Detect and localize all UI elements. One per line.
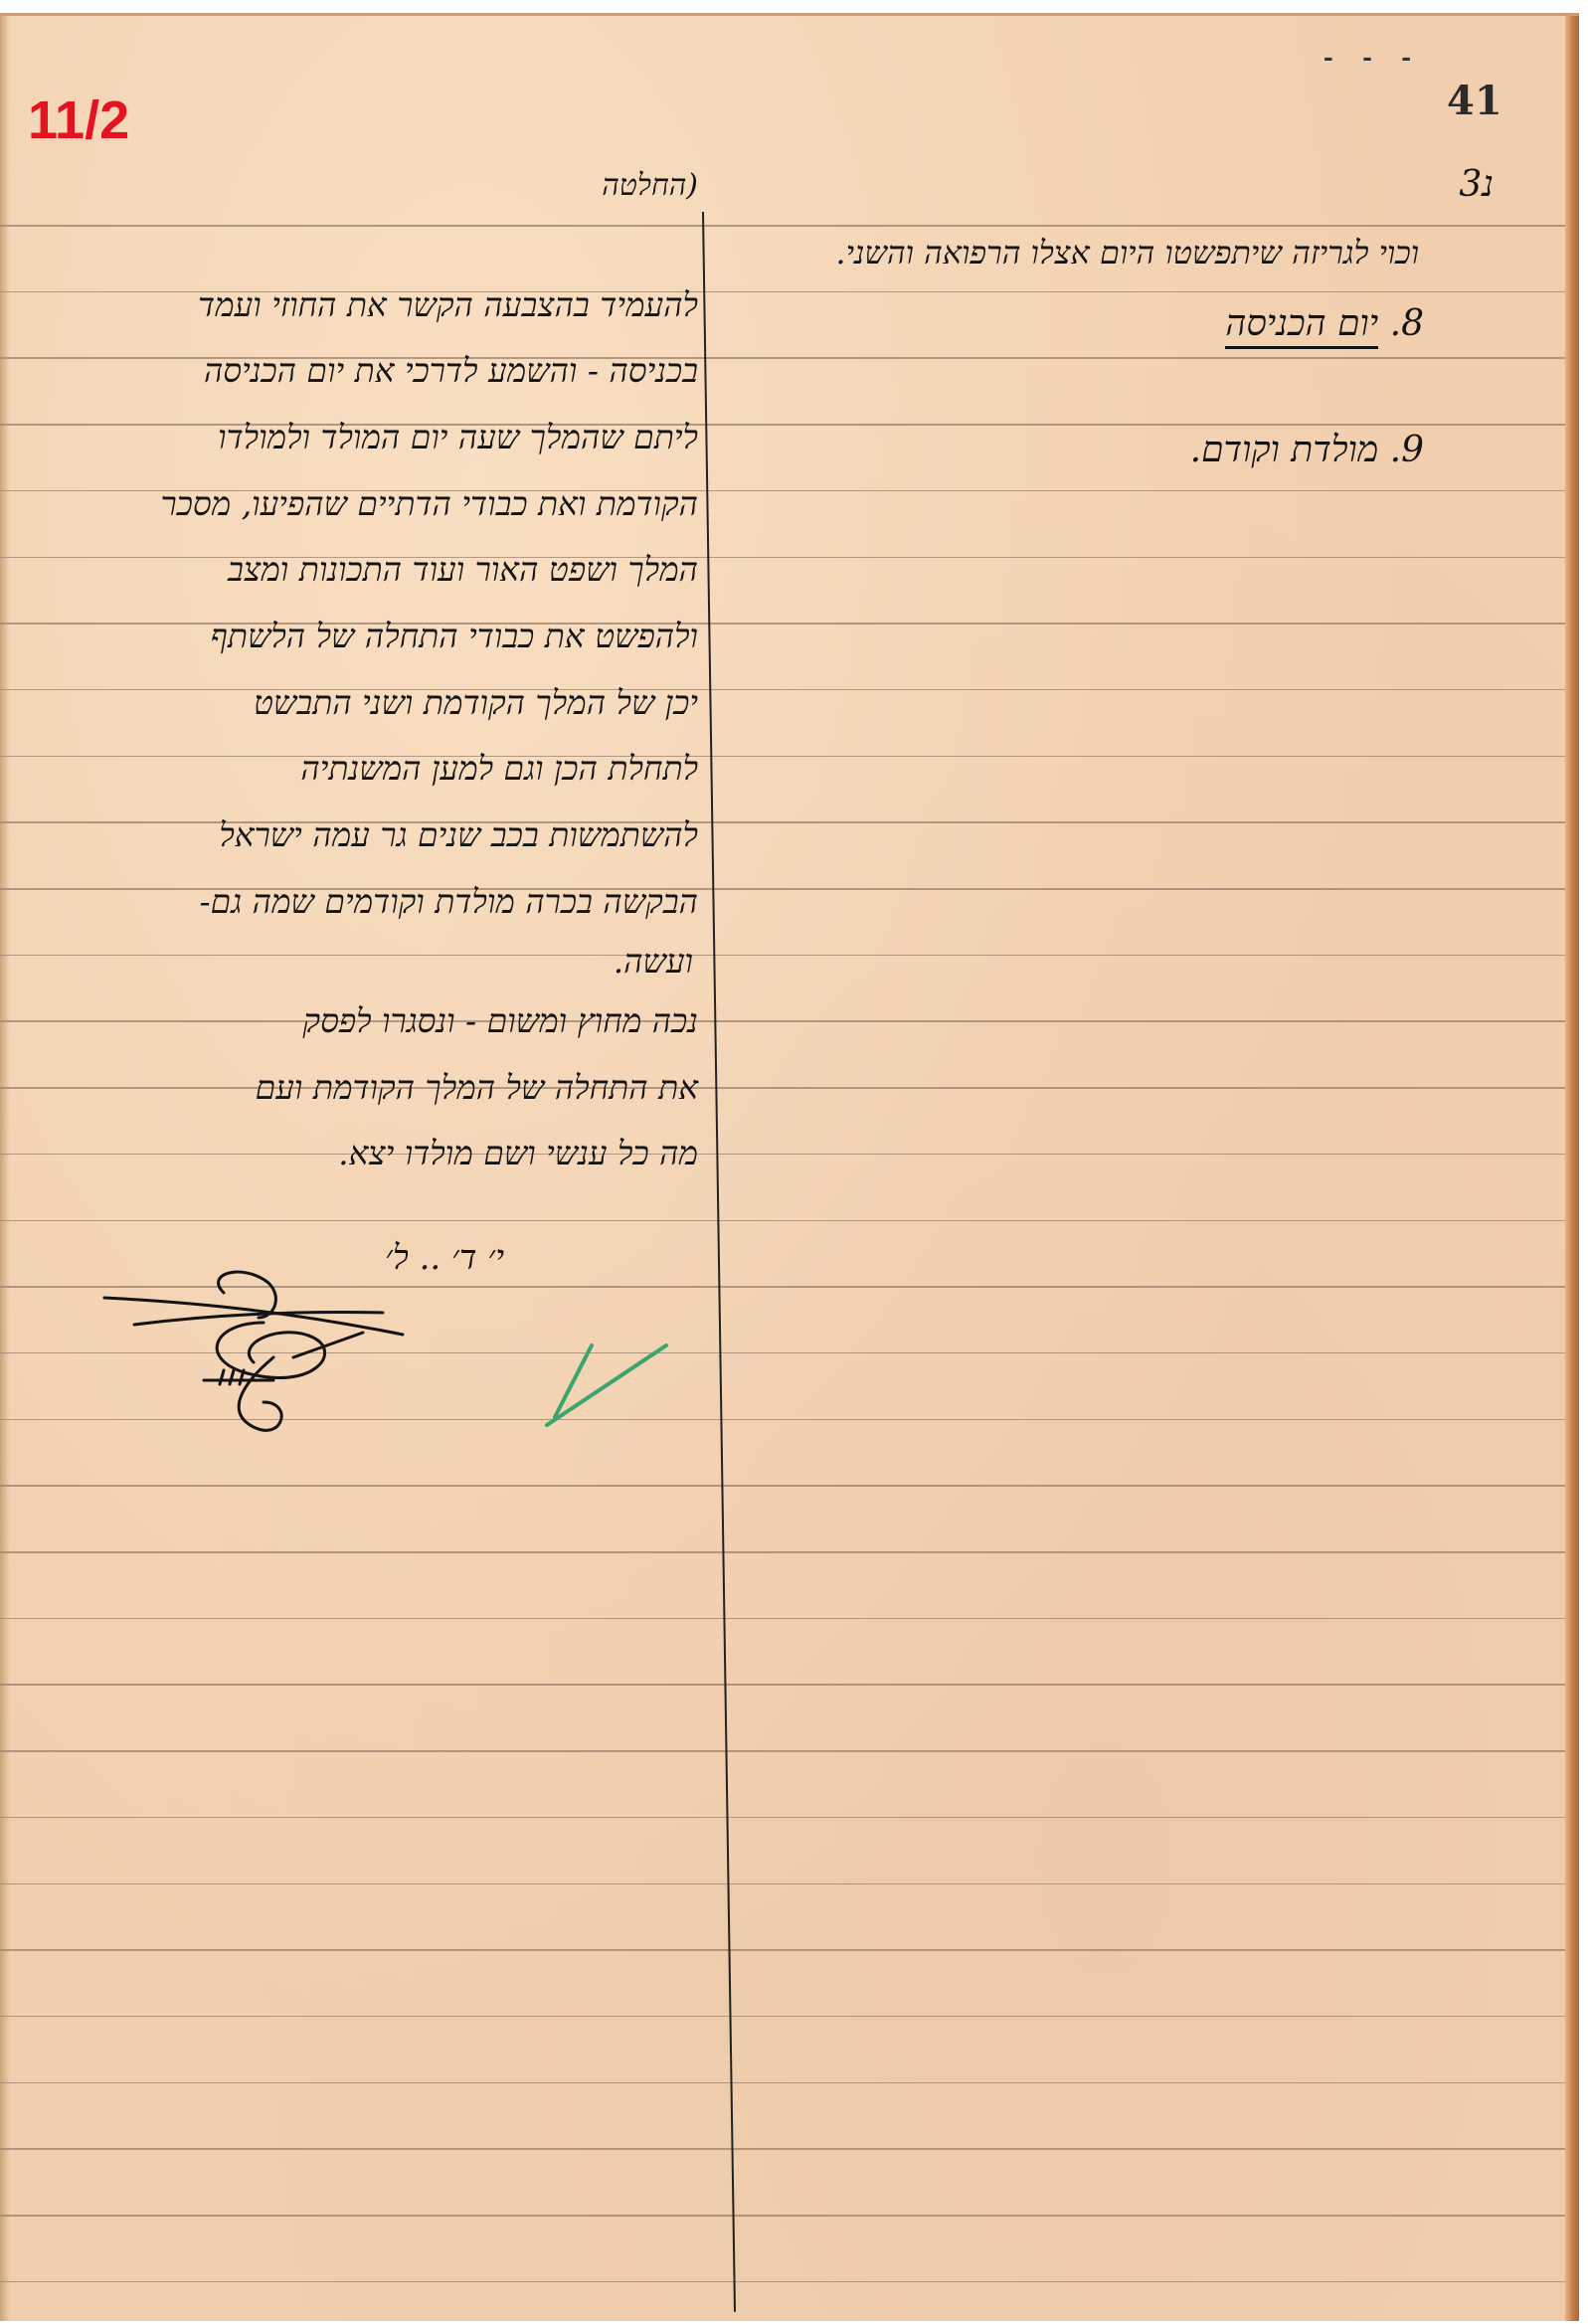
item-text: מולדת וקודם. <box>1190 430 1379 470</box>
ruled-line <box>0 1220 1569 1222</box>
left-text-line: להשתמשות בכב שנים גר עמה ישראל <box>219 818 698 851</box>
ruled-line <box>0 1618 1569 1620</box>
page-edge <box>1565 16 1579 2321</box>
ruled-line <box>0 1750 1569 1752</box>
page-number: 41 <box>1447 78 1502 124</box>
ruled-line <box>0 1154 1569 1156</box>
item-text: יום הכניסה <box>1225 303 1378 349</box>
left-text-line: הבקשה בכרה מולדת וקודמים שמה גם- <box>199 885 698 918</box>
corner-note: נ3 <box>1459 167 1494 203</box>
left-text-line: הקודמת ואת כבודי הדתיים שהפיעו, מסכר <box>161 487 698 520</box>
ruled-line <box>0 2082 1569 2084</box>
left-column-heading: (החלטה <box>602 171 698 201</box>
left-text-line: את התחלה של המלך הקודמת ועם <box>256 1071 698 1104</box>
archive-stamp: 11/2 <box>28 89 129 151</box>
column-divider <box>702 212 736 2312</box>
left-text-line: ליתם שהמלך שעה יום המולד ולמולדו <box>218 421 698 453</box>
ruled-line <box>0 2215 1569 2217</box>
ruled-line <box>0 689 1569 691</box>
ruled-line <box>0 1020 1569 1022</box>
ruled-line <box>0 1485 1569 1487</box>
left-text-line: המלך ושפט האור ועוד התכונות ומצב <box>228 553 698 586</box>
item-number: 8. <box>1390 303 1424 344</box>
ruled-line <box>0 1949 1569 1951</box>
left-text-line: מה כל ענשי ושם מולדו יצא. <box>338 1137 698 1169</box>
ruled-line <box>0 225 1569 227</box>
ruled-line <box>0 2281 1569 2283</box>
left-text-line: לתחלת הכן וגם למען המשנתיה <box>300 752 698 785</box>
right-item-9: 9. מולדת וקודם. <box>1190 433 1424 468</box>
ruled-line <box>0 1817 1569 1819</box>
ruled-line <box>0 1883 1569 1885</box>
right-item-8: 8. יום הכניסה <box>1225 306 1424 342</box>
ruled-line <box>0 1087 1569 1089</box>
header-dashes: - - - <box>1321 44 1418 74</box>
right-intro-line: וכוי לגריזה שיתפשטו היום אצלו הרפואה והש… <box>835 237 1419 268</box>
left-text-line: בכניסה - והשמע לדרכי את יום הכניסה <box>204 354 698 387</box>
left-text-line: נכה מחוץ ומשום - ונסגרו לפסק <box>302 1004 698 1037</box>
ruled-line <box>0 1551 1569 1553</box>
item-number: 9. <box>1390 430 1424 470</box>
green-check-icon <box>537 1338 676 1437</box>
left-text-line: ולהפשט את כבודי התחלה של הלשתף <box>211 620 698 652</box>
left-text-line: ועשה. <box>614 945 693 978</box>
ruled-line <box>0 756 1569 758</box>
signature <box>94 1263 512 1452</box>
ruled-line <box>0 1684 1569 1686</box>
left-text-line: להעמיד בהצבעה הקשר את החוזי ועמד <box>198 288 698 321</box>
ruled-line <box>0 2148 1569 2150</box>
ruled-line <box>0 955 1569 957</box>
left-text-line: יכן של המלך הקודמת ושני התבשט <box>254 686 698 719</box>
ruled-line <box>0 2016 1569 2018</box>
